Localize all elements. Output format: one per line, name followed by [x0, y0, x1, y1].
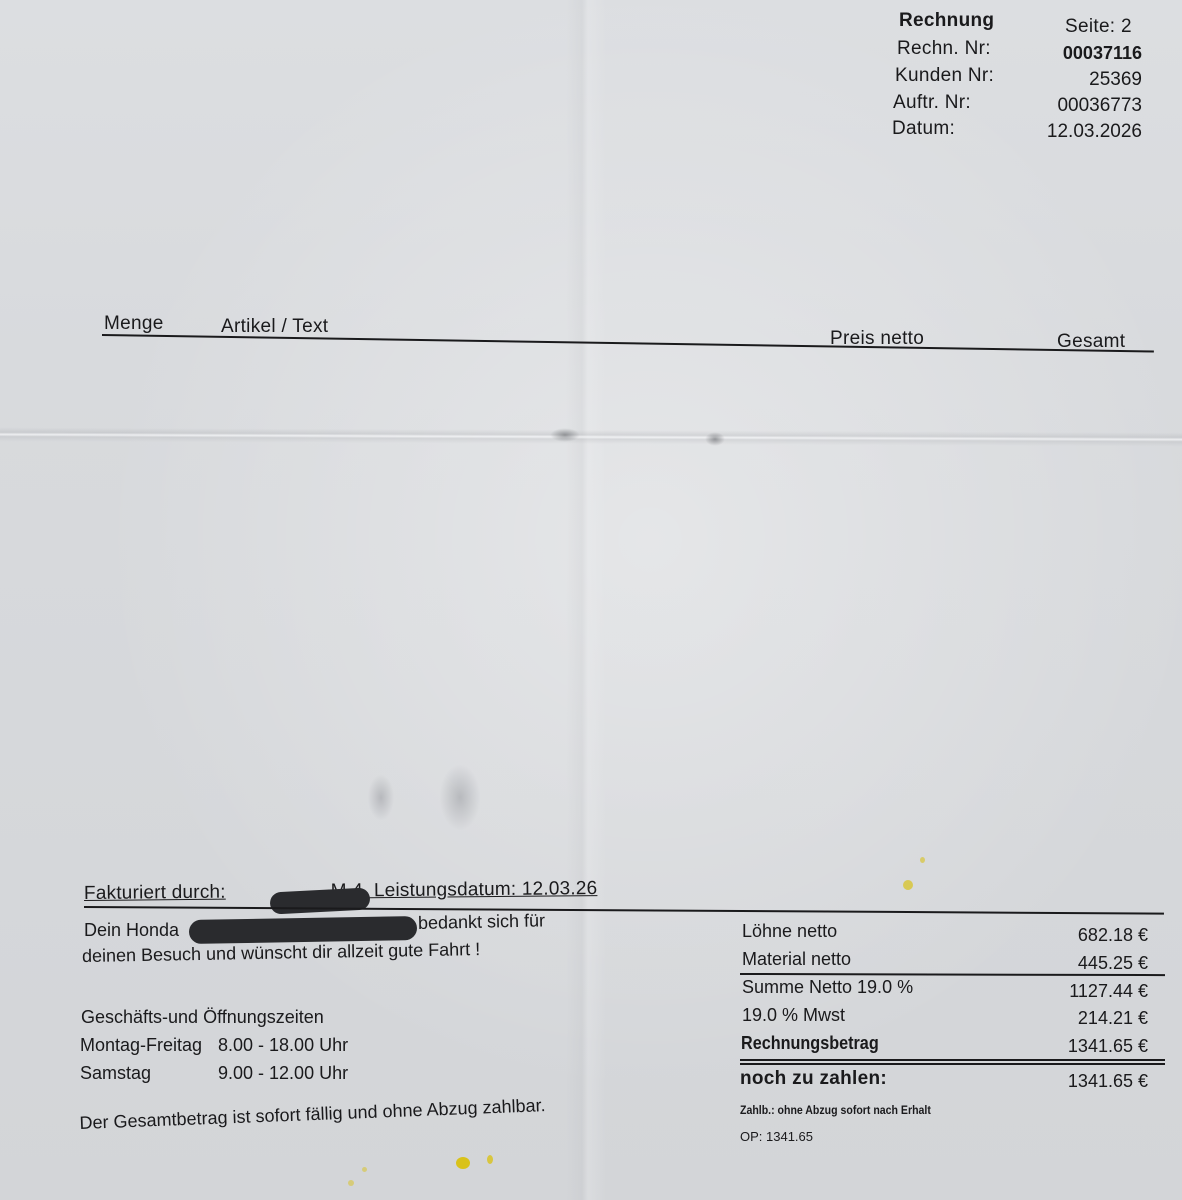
page-label: Seite: 2: [1065, 16, 1132, 38]
labor-net-value: 682.18 €: [988, 925, 1148, 946]
stain-speck: [348, 1180, 354, 1186]
page-number: 2: [1121, 16, 1132, 37]
order-number-value: 00036773: [982, 95, 1142, 117]
smudge-mark: [368, 775, 394, 820]
vat-value: 214.21 €: [988, 1008, 1148, 1029]
net-sum-value: 1127.44 €: [988, 981, 1148, 1002]
opening-hours-saturday-time: 9.00 - 12.00 Uhr: [218, 1063, 348, 1084]
date-value: 12.03.2026: [982, 121, 1142, 143]
customer-number-value: 25369: [982, 69, 1142, 91]
amount-due-label: noch zu zahlen:: [740, 1068, 887, 1090]
opening-hours-weekdays-day: Montag-Freitag: [80, 1035, 202, 1056]
order-number-label: Auftr. Nr:: [893, 92, 971, 114]
invoice-total-label: Rechnungsbetrag: [741, 1033, 879, 1054]
payment-terms: Zahlb.: ohne Abzug sofort nach Erhalt: [740, 1103, 931, 1117]
thanks-prefix: Dein Honda: [84, 920, 179, 941]
paper-fold-vertical: [566, 0, 606, 1200]
total-double-rule-top: [740, 1059, 1165, 1061]
paper-fold-horizontal: [0, 427, 1182, 446]
labor-net-label: Löhne netto: [742, 921, 837, 942]
stain-speck: [903, 880, 913, 890]
stain-speck: [487, 1155, 493, 1164]
total-double-rule-bottom: [740, 1063, 1165, 1065]
date-label: Datum:: [892, 118, 955, 140]
invoice-number-label: Rechn. Nr:: [897, 38, 991, 60]
vat-label: 19.0 % Mwst: [742, 1005, 845, 1026]
column-header-article: Artikel / Text: [221, 316, 328, 338]
material-net-label: Material netto: [742, 949, 851, 970]
amount-due-value: 1341.65 €: [988, 1071, 1148, 1092]
opening-hours-saturday-day: Samstag: [80, 1063, 151, 1084]
thanks-suffix: bedankt sich für: [418, 910, 545, 934]
column-header-quantity: Menge: [104, 313, 164, 335]
stain-speck: [456, 1157, 470, 1169]
material-net-value: 445.25 €: [988, 953, 1148, 974]
paper-crease: [705, 432, 725, 446]
document-title: Rechnung: [899, 10, 994, 32]
opening-hours-weekdays-time: 8.00 - 18.00 Uhr: [218, 1035, 348, 1056]
smudge-mark: [440, 765, 480, 830]
stain-speck: [920, 857, 925, 863]
net-sum-label: Summe Netto 19.0 %: [742, 977, 913, 998]
stain-speck: [362, 1167, 367, 1172]
invoice-number-value: 00037116: [982, 43, 1142, 64]
customer-number-label: Kunden Nr:: [895, 65, 994, 87]
page-label-text: Seite:: [1065, 16, 1115, 37]
service-date-text: M 4, Leistungsdatum: 12.03.26: [331, 878, 598, 902]
opening-hours-title: Geschäfts-und Öffnungszeiten: [81, 1007, 324, 1028]
invoice-total-value: 1341.65 €: [988, 1036, 1148, 1057]
open-amount: OP: 1341.65: [740, 1129, 813, 1144]
paper-crease: [550, 428, 580, 442]
invoiced-by-label: Fakturiert durch:: [84, 882, 226, 904]
